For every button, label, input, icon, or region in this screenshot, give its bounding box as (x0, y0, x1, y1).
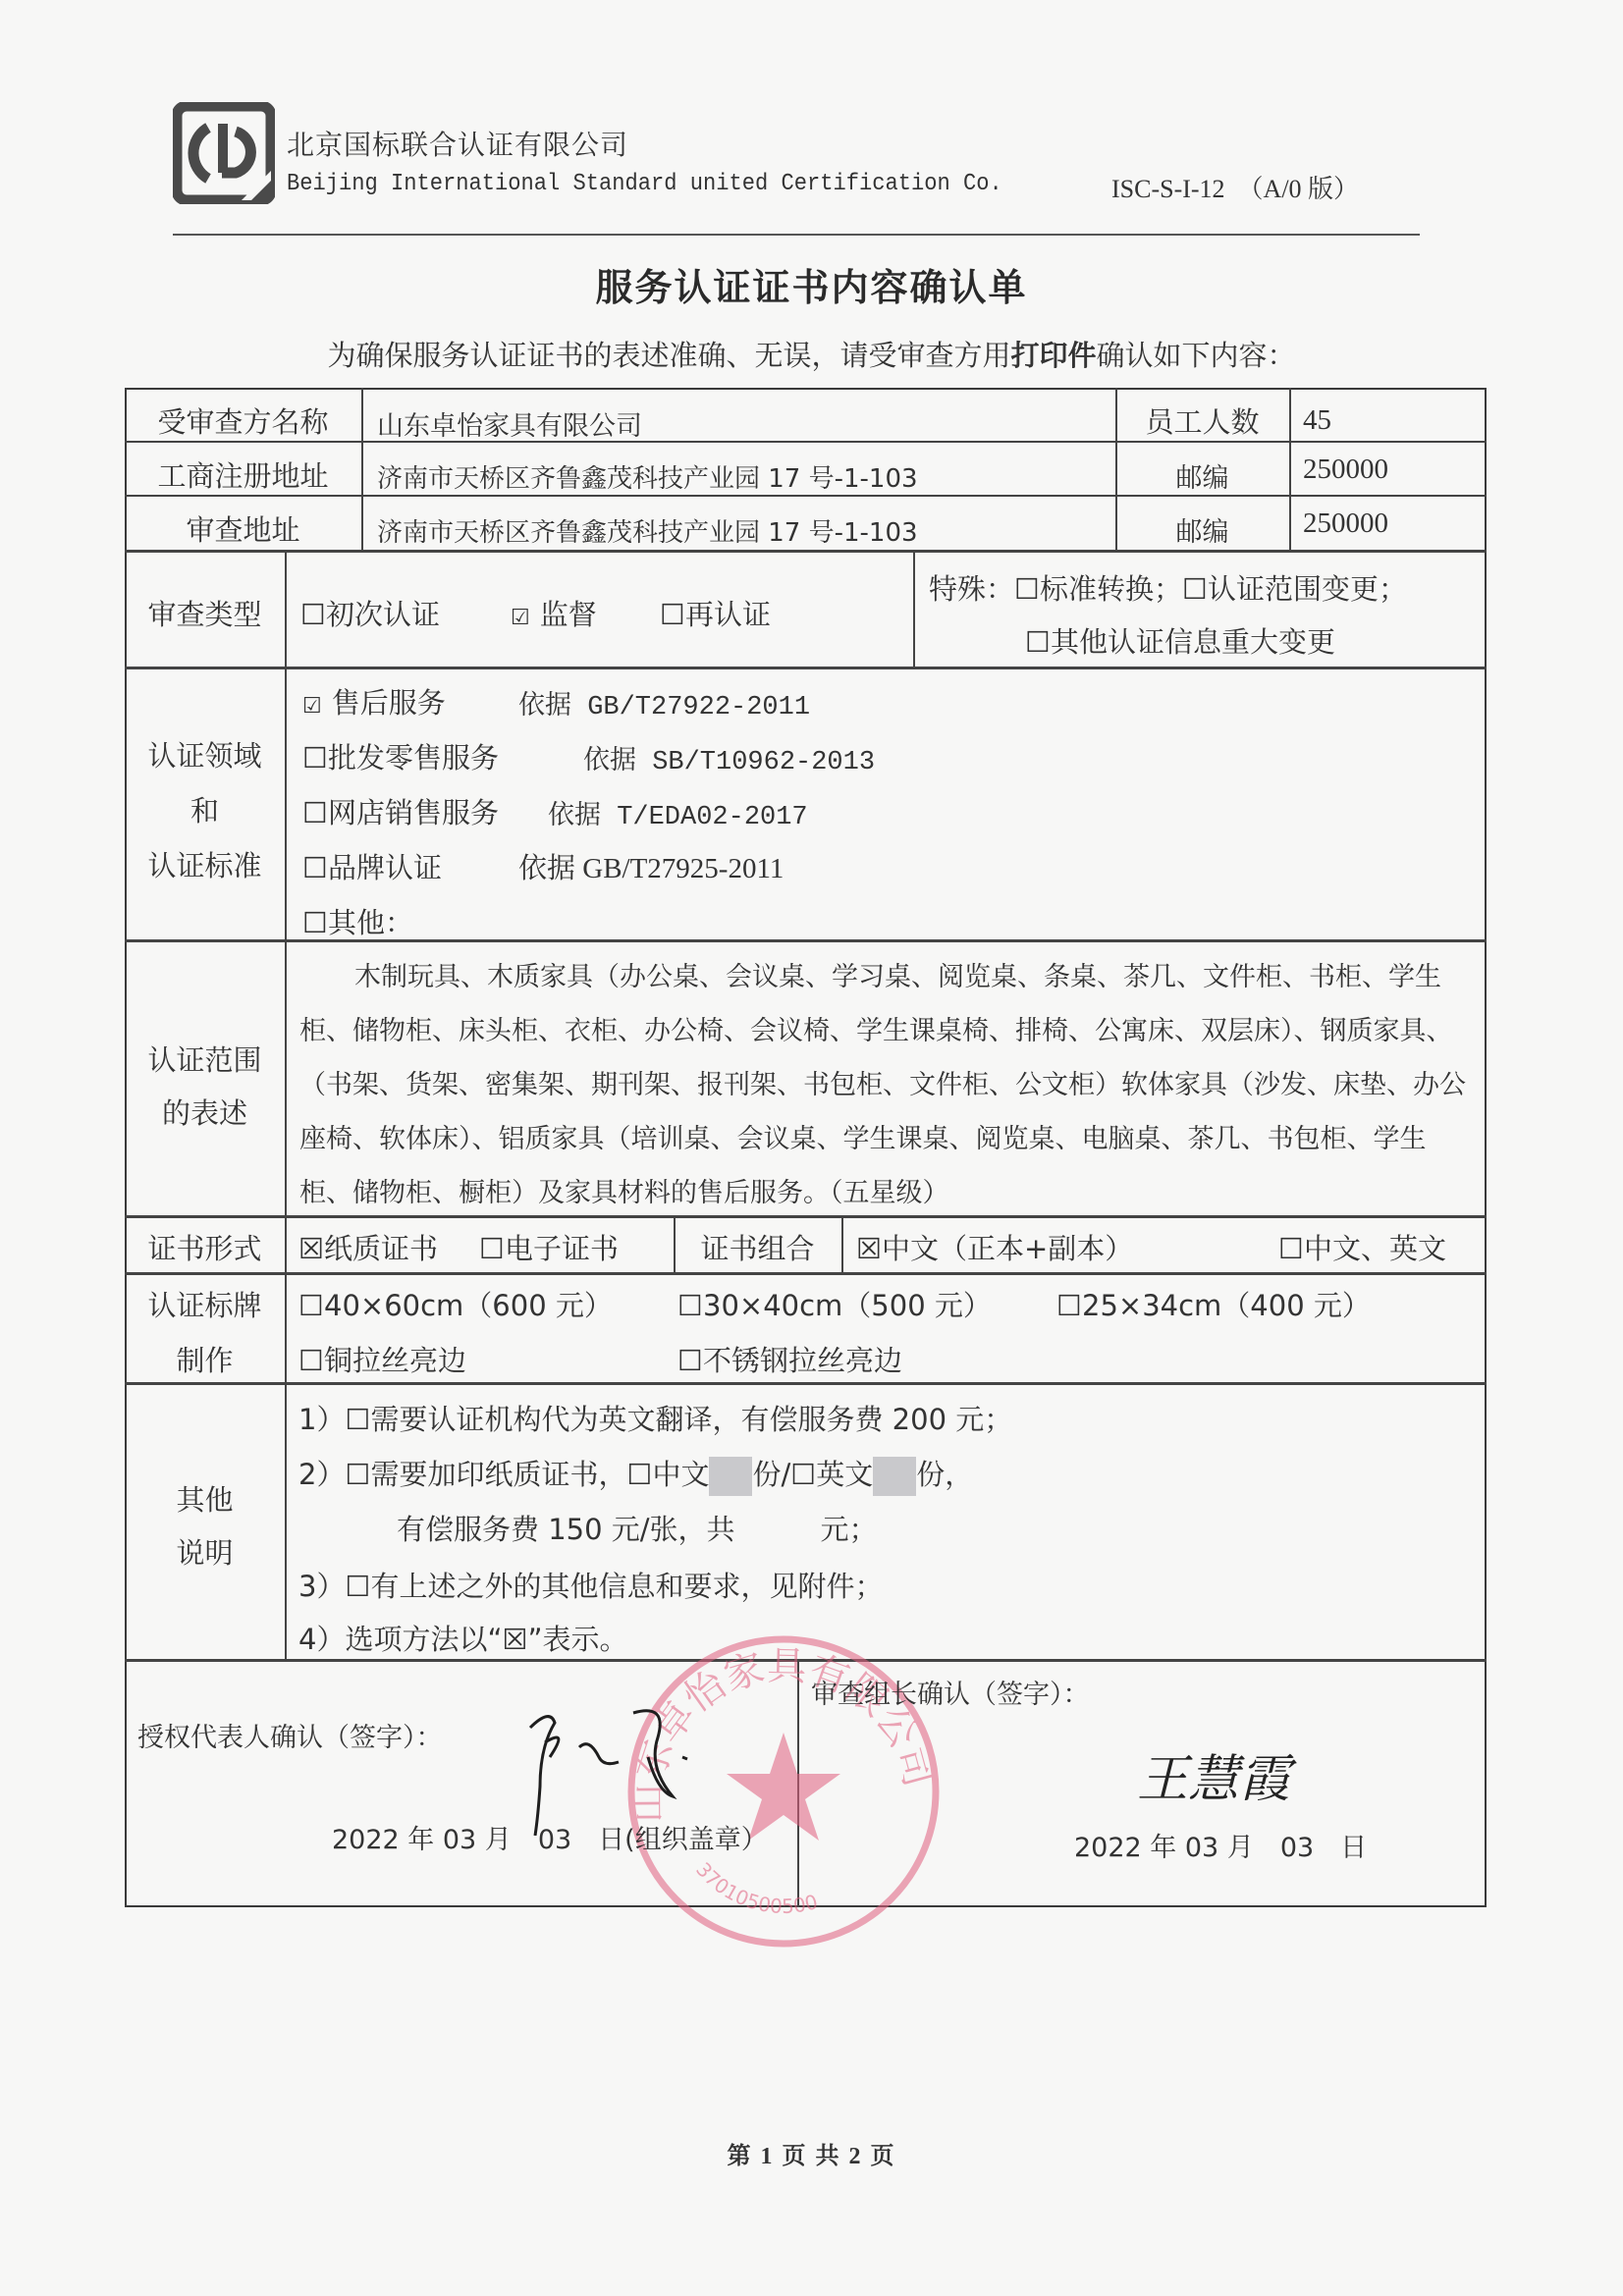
company-name-cn: 北京国标联合认证有限公司 (287, 124, 628, 163)
company-name-en: Beijing International Standard united Ce… (287, 171, 1002, 197)
checkbox-unchecked-icon[interactable]: ☐ (302, 796, 328, 829)
domain-item-label: 售后服务 (332, 686, 446, 720)
scope-label-1: 认证范围 (125, 1039, 285, 1079)
note-2-fee: 有偿服务费 150 元/张，共 元； (397, 1508, 878, 1548)
intro-after: 确认如下内容： (1097, 339, 1296, 372)
rep-confirm-label: 授权代表人确认（签字）： (137, 1716, 443, 1754)
domain-item-label: 网店销售服务 (328, 796, 499, 829)
checkbox-unchecked-icon[interactable]: ☐ (302, 741, 328, 774)
note-end: 份， (916, 1458, 973, 1491)
note-3: 3）☐有上述之外的其他信息和要求，见附件； (298, 1565, 883, 1605)
col-divider (1289, 388, 1291, 550)
cert-combo-chinese[interactable]: ☒中文（正本+副本） (856, 1227, 1133, 1267)
plaque-label-2: 制作 (125, 1339, 285, 1379)
domain-other[interactable]: ☐其他： (302, 901, 413, 941)
domain-label-1: 认证领域 (125, 734, 285, 774)
note-sep: 份/ (752, 1458, 790, 1491)
row-divider (125, 550, 1487, 553)
reg-zip-label: 邮编 (1115, 456, 1289, 495)
checkbox-unchecked-icon[interactable]: ☐ (345, 1403, 370, 1436)
reg-address-value: 济南市天桥区齐鲁鑫茂科技产业园 17 号-1-103 (377, 458, 918, 495)
special-options-line2: ☐其他认证信息重大变更 (1025, 620, 1335, 661)
checkbox-unchecked-icon[interactable]: ☐ (1025, 625, 1051, 659)
rep-date: 2022 年 03 月 03 日(组织盖章） (332, 1818, 768, 1856)
option-label: 不锈钢拉丝亮边 (703, 1344, 902, 1377)
col-divider (841, 1215, 843, 1272)
notes-label-1: 其他 (125, 1478, 285, 1519)
notes-label-2: 说明 (125, 1531, 285, 1572)
domain-after-sales[interactable]: ☑售后服务 (302, 681, 446, 721)
domain-wholesale[interactable]: ☐批发零售服务 (302, 736, 499, 776)
special-scope-change: 认证范围变更； (1208, 572, 1407, 606)
option-label: 初次认证 (326, 598, 440, 631)
row-divider (125, 667, 1487, 669)
note-en-label: 英文 (816, 1458, 873, 1491)
special-options-line1: 特殊：☐标准转换；☐认证范围变更； (929, 567, 1407, 608)
col-divider (913, 550, 915, 667)
rep-signature (511, 1688, 746, 1836)
special-major-change: 其他认证信息重大变更 (1051, 625, 1335, 659)
plaque-finish-steel[interactable]: ☐不锈钢拉丝亮边 (677, 1339, 902, 1379)
plaque-size-25x34[interactable]: ☐25×34cm（400 元） (1056, 1284, 1371, 1324)
intro-before: 为确保服务认证证书的表述准确、无误，请受审查方用 (327, 339, 1010, 372)
isc-logo-icon (173, 102, 275, 204)
checkbox-unchecked-icon[interactable]: ☐ (677, 1344, 703, 1377)
domain-wholesale-basis: 依据 SB/T10962-2013 (583, 738, 875, 777)
audit-type-label: 审查类型 (125, 593, 285, 633)
note-prefix: 3） (298, 1570, 345, 1603)
page-title: 服务认证证书内容确认单 (0, 257, 1623, 311)
checkbox-unchecked-icon[interactable]: ☐ (677, 1289, 703, 1322)
option-label: 30×40cm（500 元） (703, 1289, 992, 1322)
page-number: 第 1 页 共 2 页 (0, 2136, 1623, 2170)
option-label: 电子证书 (505, 1232, 619, 1265)
checkbox-unchecked-icon[interactable]: ☐ (660, 598, 685, 631)
checkbox-unchecked-icon[interactable]: ☐ (302, 851, 328, 884)
option-label: 再认证 (685, 598, 771, 631)
option-label: 铜拉丝亮边 (324, 1344, 466, 1377)
row-divider (125, 1382, 1487, 1385)
reg-address-label: 工商注册地址 (125, 454, 361, 495)
row-divider (125, 441, 1487, 443)
checkbox-unchecked-icon[interactable]: ☐ (300, 598, 326, 631)
audit-address-value: 济南市天桥区齐鲁鑫茂科技产业园 17 号-1-103 (377, 512, 918, 549)
col-divider (361, 388, 363, 550)
checkbox-checked-icon[interactable]: ☒ (298, 1232, 324, 1265)
intro-bold: 打印件 (1010, 339, 1096, 372)
employees-value: 45 (1303, 404, 1331, 437)
checkbox-unchecked-icon[interactable]: ☐ (298, 1289, 324, 1322)
audit-address-label: 审查地址 (125, 508, 361, 549)
leader-confirm-label: 审查组长确认（签字）： (811, 1673, 1090, 1711)
note-4: 4）选项方法以“☒”表示。 (298, 1618, 628, 1658)
domain-online-store[interactable]: ☐网店销售服务 (302, 791, 499, 831)
redacted-cn-copies (709, 1457, 752, 1496)
checkbox-unchecked-icon[interactable]: ☐ (345, 1458, 370, 1491)
cert-form-label: 证书形式 (125, 1227, 285, 1267)
scope-label-2: 的表述 (125, 1092, 285, 1132)
domain-online-store-basis: 依据 T/EDA02-2017 (548, 793, 808, 832)
checkbox-unchecked-icon[interactable]: ☐ (1182, 572, 1208, 606)
cert-form-paper[interactable]: ☒纸质证书 (298, 1227, 438, 1267)
checkbox-unchecked-icon[interactable]: ☐ (302, 906, 328, 939)
checkbox-unchecked-icon[interactable]: ☐ (1014, 572, 1040, 606)
audit-type-surveillance[interactable]: ☑监督 (511, 593, 597, 633)
domain-label-2: 和 (125, 789, 285, 829)
checkbox-unchecked-icon[interactable]: ☐ (479, 1232, 505, 1265)
cert-combo-label: 证书组合 (674, 1227, 841, 1267)
leader-signature: 王慧霞 (1137, 1737, 1290, 1811)
option-label: 中文（正本+副本） (882, 1232, 1133, 1265)
option-label: 监督 (540, 598, 597, 631)
special-standard-transfer: 标准转换； (1040, 572, 1182, 606)
auditee-label: 受审查方名称 (125, 400, 361, 441)
option-label: 中文、英文 (1304, 1232, 1446, 1265)
checkbox-unchecked-icon[interactable]: ☐ (298, 1344, 324, 1377)
domain-item-label: 批发零售服务 (328, 741, 499, 774)
plaque-finish-copper[interactable]: ☐铜拉丝亮边 (298, 1339, 466, 1379)
cert-form-electronic[interactable]: ☐电子证书 (479, 1227, 619, 1267)
checkbox-checked-icon[interactable]: ☑ (302, 694, 322, 719)
audit-zip-value: 250000 (1303, 507, 1388, 540)
note-text: 需要加印纸质证书， (370, 1458, 626, 1491)
intro-text: 为确保服务认证证书的表述准确、无误，请受审查方用打印件确认如下内容： (0, 334, 1623, 374)
domain-after-sales-basis: 依据 GB/T27922-2011 (518, 683, 810, 722)
row-divider (125, 1272, 1487, 1275)
document-code: ISC-S-I-12 （A/0 版） (1111, 169, 1359, 205)
redacted-en-copies (873, 1457, 916, 1496)
header-divider (173, 234, 1420, 236)
scope-text: 木制玩具、木质家具（办公桌、会议桌、学习桌、阅览桌、条桌、茶几、文件柜、书柜、学… (299, 950, 1478, 1220)
note-text: 有上述之外的其他信息和要求，见附件； (370, 1570, 883, 1603)
cert-combo-cn-en[interactable]: ☐中文、英文 (1278, 1227, 1446, 1267)
checkbox-checked-icon[interactable]: ☑ (511, 606, 530, 630)
special-prefix: 特殊： (929, 572, 1014, 606)
leader-date: 2022 年 03 月 03 日 (1074, 1826, 1367, 1864)
checkbox-unchecked-icon[interactable]: ☐ (345, 1570, 370, 1603)
auditee-value: 山东卓怡家具有限公司 (377, 404, 642, 443)
note-2: 2）☐需要加印纸质证书，☐中文份/☐英文份， (298, 1453, 973, 1496)
domain-item-label: 其他： (328, 906, 413, 939)
plaque-size-40x60[interactable]: ☐40×60cm（600 元） (298, 1284, 613, 1324)
checkbox-checked-icon[interactable]: ☒ (856, 1232, 882, 1265)
checkbox-unchecked-icon[interactable]: ☐ (1056, 1289, 1082, 1322)
employees-label: 员工人数 (1115, 400, 1289, 441)
note-text: 需要认证机构代为英文翻译，有偿服务费 200 元； (370, 1403, 1012, 1436)
checkbox-unchecked-icon[interactable]: ☐ (1278, 1232, 1304, 1265)
domain-brand[interactable]: ☐品牌认证 (302, 846, 442, 886)
domain-item-label: 品牌认证 (328, 851, 442, 884)
option-label: 纸质证书 (324, 1232, 438, 1265)
audit-zip-label: 邮编 (1115, 510, 1289, 549)
checkbox-unchecked-icon[interactable]: ☐ (790, 1458, 816, 1491)
audit-type-recert[interactable]: ☐再认证 (660, 593, 771, 633)
scope-body: 木制玩具、木质家具（办公桌、会议桌、学习桌、阅览桌、条桌、茶几、文件柜、书柜、学… (299, 962, 1466, 1208)
note-1: 1）☐需要认证机构代为英文翻译，有偿服务费 200 元； (298, 1398, 1012, 1438)
domain-label-3: 认证标准 (125, 844, 285, 884)
audit-type-initial[interactable]: ☐初次认证 (300, 593, 440, 633)
note-prefix: 1） (298, 1403, 345, 1436)
option-label: 40×60cm（600 元） (324, 1289, 613, 1322)
option-label: 25×34cm（400 元） (1082, 1289, 1371, 1322)
note-cn-label: 中文 (652, 1458, 709, 1491)
checkbox-unchecked-icon[interactable]: ☐ (626, 1458, 652, 1491)
reg-zip-value: 250000 (1303, 454, 1388, 486)
domain-brand-basis: 依据 GB/T27925-2011 (518, 846, 784, 886)
col-divider (285, 550, 287, 1659)
note-prefix: 2） (298, 1458, 345, 1491)
plaque-size-30x40[interactable]: ☐30×40cm（500 元） (677, 1284, 992, 1324)
row-divider (125, 495, 1487, 497)
plaque-label-1: 认证标牌 (125, 1284, 285, 1324)
